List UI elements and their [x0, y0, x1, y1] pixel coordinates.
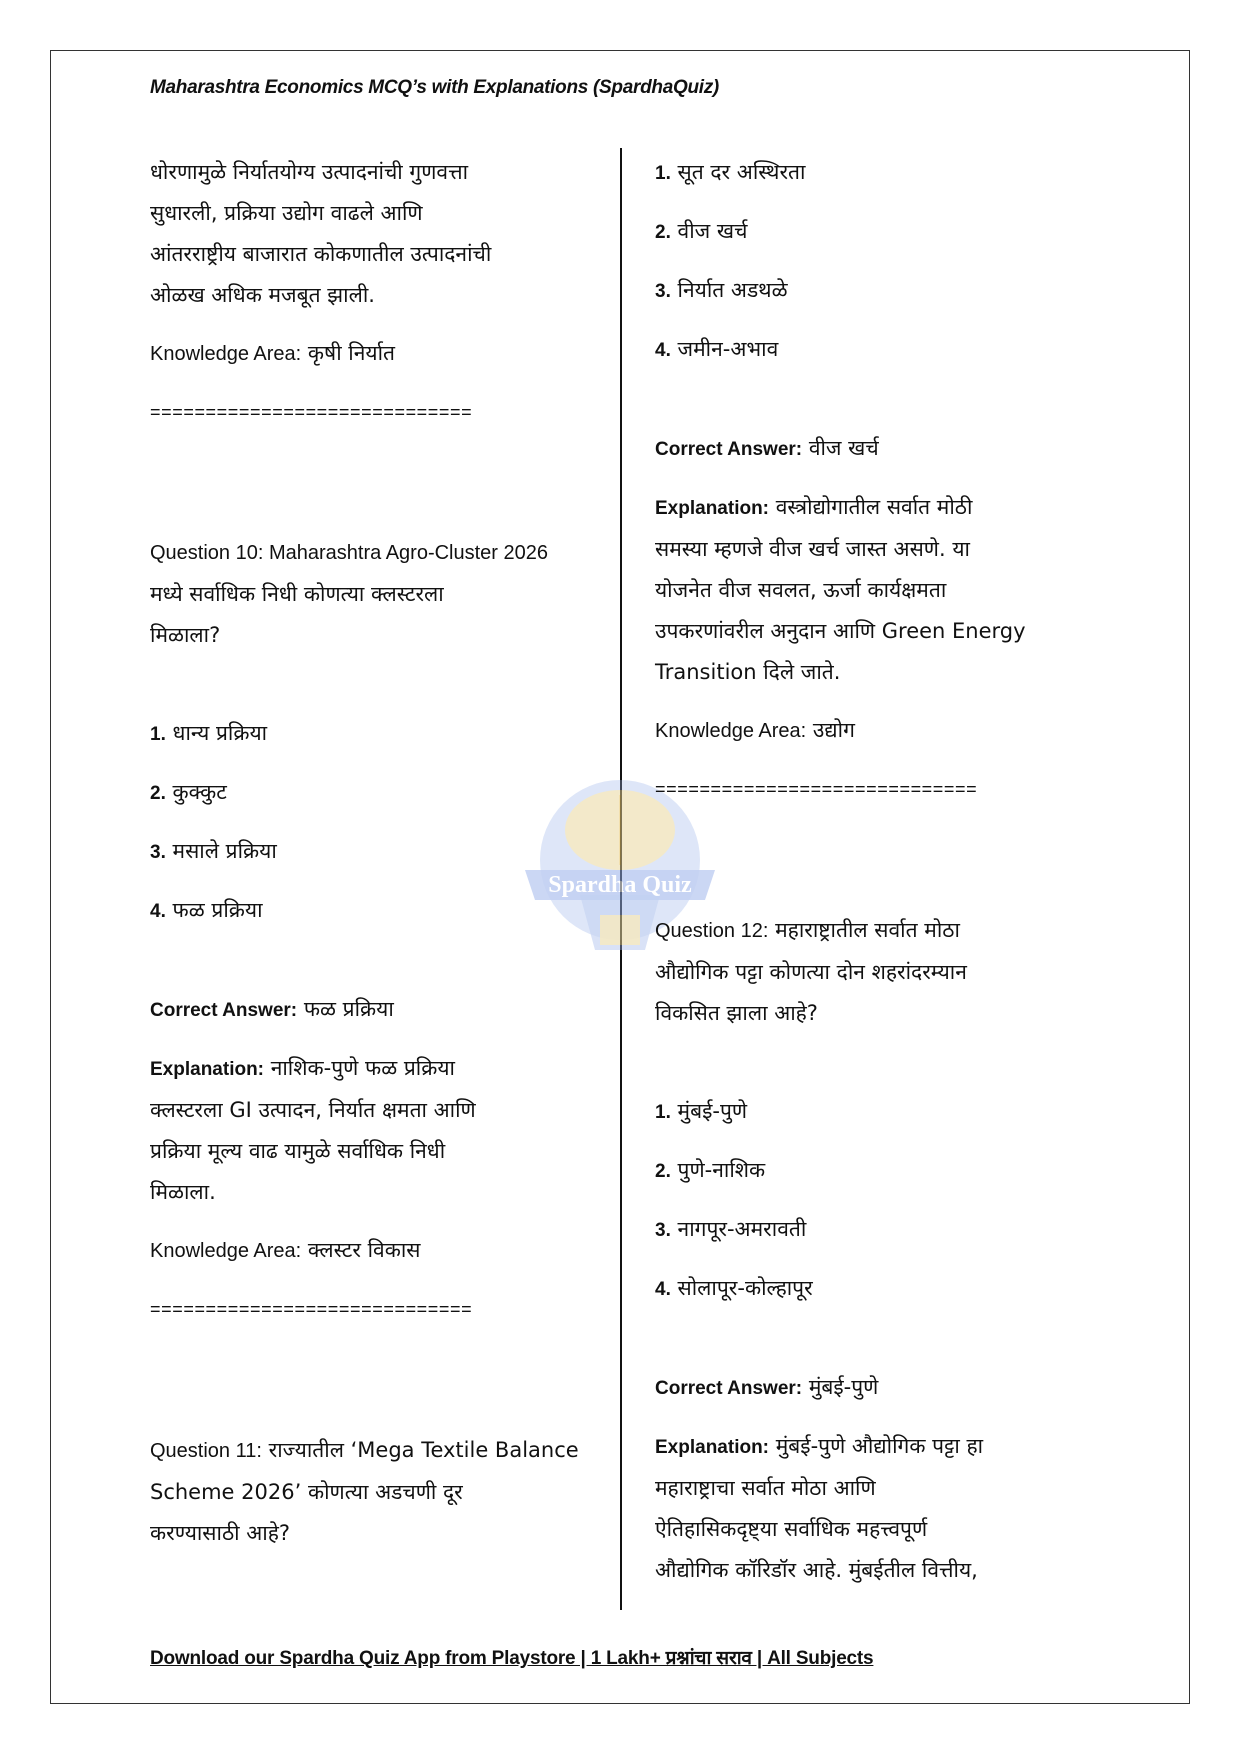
correct-answer: Correct Answer: फळ प्रक्रिया [150, 989, 590, 1031]
right-column: 1. सूत दर अस्थिरता 2. वीज खर्च 3. निर्या… [655, 152, 1095, 1591]
separator: ============================= [150, 392, 590, 433]
explanation: Explanation: मुंबई-पुणे औद्योगिक पट्टा ह… [655, 1426, 1095, 1591]
question-10: Question 10: Maharashtra Agro-Cluster 20… [150, 533, 590, 1330]
option-1: 1. सूत दर अस्थिरता [655, 152, 1095, 194]
knowledge-area: Knowledge Area: कृषी निर्यात [150, 333, 590, 375]
separator: ============================= [655, 769, 1095, 810]
option-4: 4. सोलापूर-कोल्हापूर [655, 1268, 1095, 1310]
separator: ============================= [150, 1289, 590, 1330]
explanation: Explanation: नाशिक-पुणे फळ प्रक्रिया क्ल… [150, 1048, 590, 1213]
page-header: Maharashtra Economics MCQ’s with Explana… [150, 77, 719, 99]
option-3: 3. मसाले प्रक्रिया [150, 831, 590, 873]
left-column: धोरणामुळे निर्यातयोग्य उत्पादनांची गुणवत… [150, 152, 590, 1571]
question-11: Question 11: राज्यातील ‘Mega Textile Bal… [150, 1430, 590, 1554]
download-app-link[interactable]: Download our Spardha Quiz App from Plays… [150, 1644, 873, 1670]
q9-explanation-tail: धोरणामुळे निर्यातयोग्य उत्पादनांची गुणवत… [150, 152, 590, 316]
knowledge-area: Knowledge Area: उद्योग [655, 710, 1095, 752]
explanation: Explanation: वस्त्रोद्योगातील सर्वात मोठ… [655, 487, 1095, 693]
option-2: 2. कुक्कुट [150, 772, 590, 814]
option-4: 4. फळ प्रक्रिया [150, 890, 590, 932]
option-1: 1. धान्य प्रक्रिया [150, 713, 590, 755]
option-3: 3. निर्यात अडथळे [655, 270, 1095, 312]
option-2: 2. वीज खर्च [655, 211, 1095, 253]
correct-answer: Correct Answer: वीज खर्च [655, 428, 1095, 470]
option-3: 3. नागपूर-अमरावती [655, 1209, 1095, 1251]
column-divider [620, 148, 622, 1610]
option-2: 2. पुणे-नाशिक [655, 1150, 1095, 1192]
correct-answer: Correct Answer: मुंबई-पुणे [655, 1367, 1095, 1409]
knowledge-area: Knowledge Area: क्लस्टर विकास [150, 1230, 590, 1272]
question-12: Question 12: महाराष्ट्रातील सर्वात मोठा … [655, 910, 1095, 1591]
option-1: 1. मुंबई-पुणे [655, 1091, 1095, 1133]
option-4: 4. जमीन-अभाव [655, 329, 1095, 371]
